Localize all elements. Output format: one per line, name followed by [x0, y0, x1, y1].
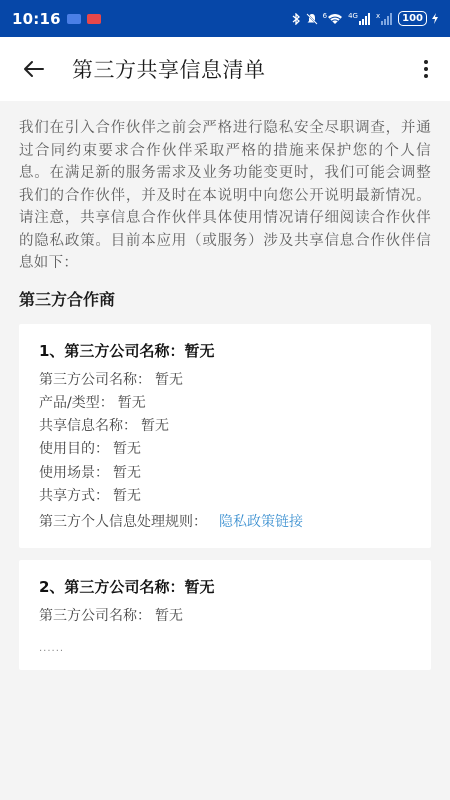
- battery-indicator: 100: [398, 11, 427, 26]
- status-right: 6 4G x 100: [292, 11, 438, 26]
- page-title: 第三方共享信息清单: [72, 54, 416, 84]
- arrow-left-icon: [23, 60, 45, 78]
- no-signal-icon: [381, 13, 393, 25]
- partner-scenario-row: 使用场景：暂无: [39, 462, 411, 485]
- 4g-label: 4G: [348, 12, 358, 20]
- status-left: 10:16: [12, 10, 101, 28]
- privacy-policy-link[interactable]: 隐私政策链接: [219, 514, 303, 530]
- ellipsis-more: ......: [39, 643, 411, 654]
- partner-purpose-row: 使用目的：暂无: [39, 438, 411, 461]
- no-sim-label: x: [376, 12, 380, 20]
- partner-card-title: 1、第三方公司名称：暂无: [39, 340, 411, 361]
- mute-icon: [306, 13, 318, 25]
- partner-share-method-row: 共享方式：暂无: [39, 485, 411, 508]
- wifi-icon: [327, 13, 343, 25]
- partner-product-type-row: 产品/类型：暂无: [39, 392, 411, 415]
- partner-card-1: 1、第三方公司名称：暂无 第三方公司名称：暂无 产品/类型：暂无 共享信息名称：…: [19, 324, 431, 549]
- back-button[interactable]: [22, 57, 46, 81]
- charging-icon: [432, 13, 438, 24]
- mail-app-icon: [87, 14, 101, 24]
- partner-card-2: 2、第三方公司名称：暂无 第三方公司名称：暂无 ......: [19, 560, 431, 669]
- 4g-signal-icon: [359, 13, 371, 25]
- partner-company-name-row: 第三方公司名称：暂无: [39, 605, 411, 628]
- partner-card-title: 2、第三方公司名称：暂无: [39, 576, 411, 597]
- content-scroll-area[interactable]: 我们在引入合作伙伴之前会严格进行隐私安全尽职调查，并通过合同约束要求合作伙伴采取…: [0, 101, 450, 670]
- status-bar: 10:16 6 4G x 100: [0, 0, 450, 37]
- more-vert-icon: [424, 60, 428, 64]
- intro-paragraph: 我们在引入合作伙伴之前会严格进行隐私安全尽职调查，并通过合同约束要求合作伙伴采取…: [19, 117, 431, 275]
- more-options-button[interactable]: [416, 54, 436, 84]
- rules-label: 第三方个人信息处理规则：: [39, 514, 207, 530]
- partner-shared-info-row: 共享信息名称：暂无: [39, 415, 411, 438]
- status-time: 10:16: [12, 10, 61, 28]
- app-bar: 第三方共享信息清单: [0, 37, 450, 101]
- bluetooth-icon: [292, 13, 301, 25]
- section-title: 第三方合作商: [19, 287, 431, 310]
- partner-rules-row: 第三方个人信息处理规则：隐私政策链接: [39, 510, 411, 534]
- partner-company-name-row: 第三方公司名称：暂无: [39, 369, 411, 392]
- link-app-icon: [67, 14, 81, 24]
